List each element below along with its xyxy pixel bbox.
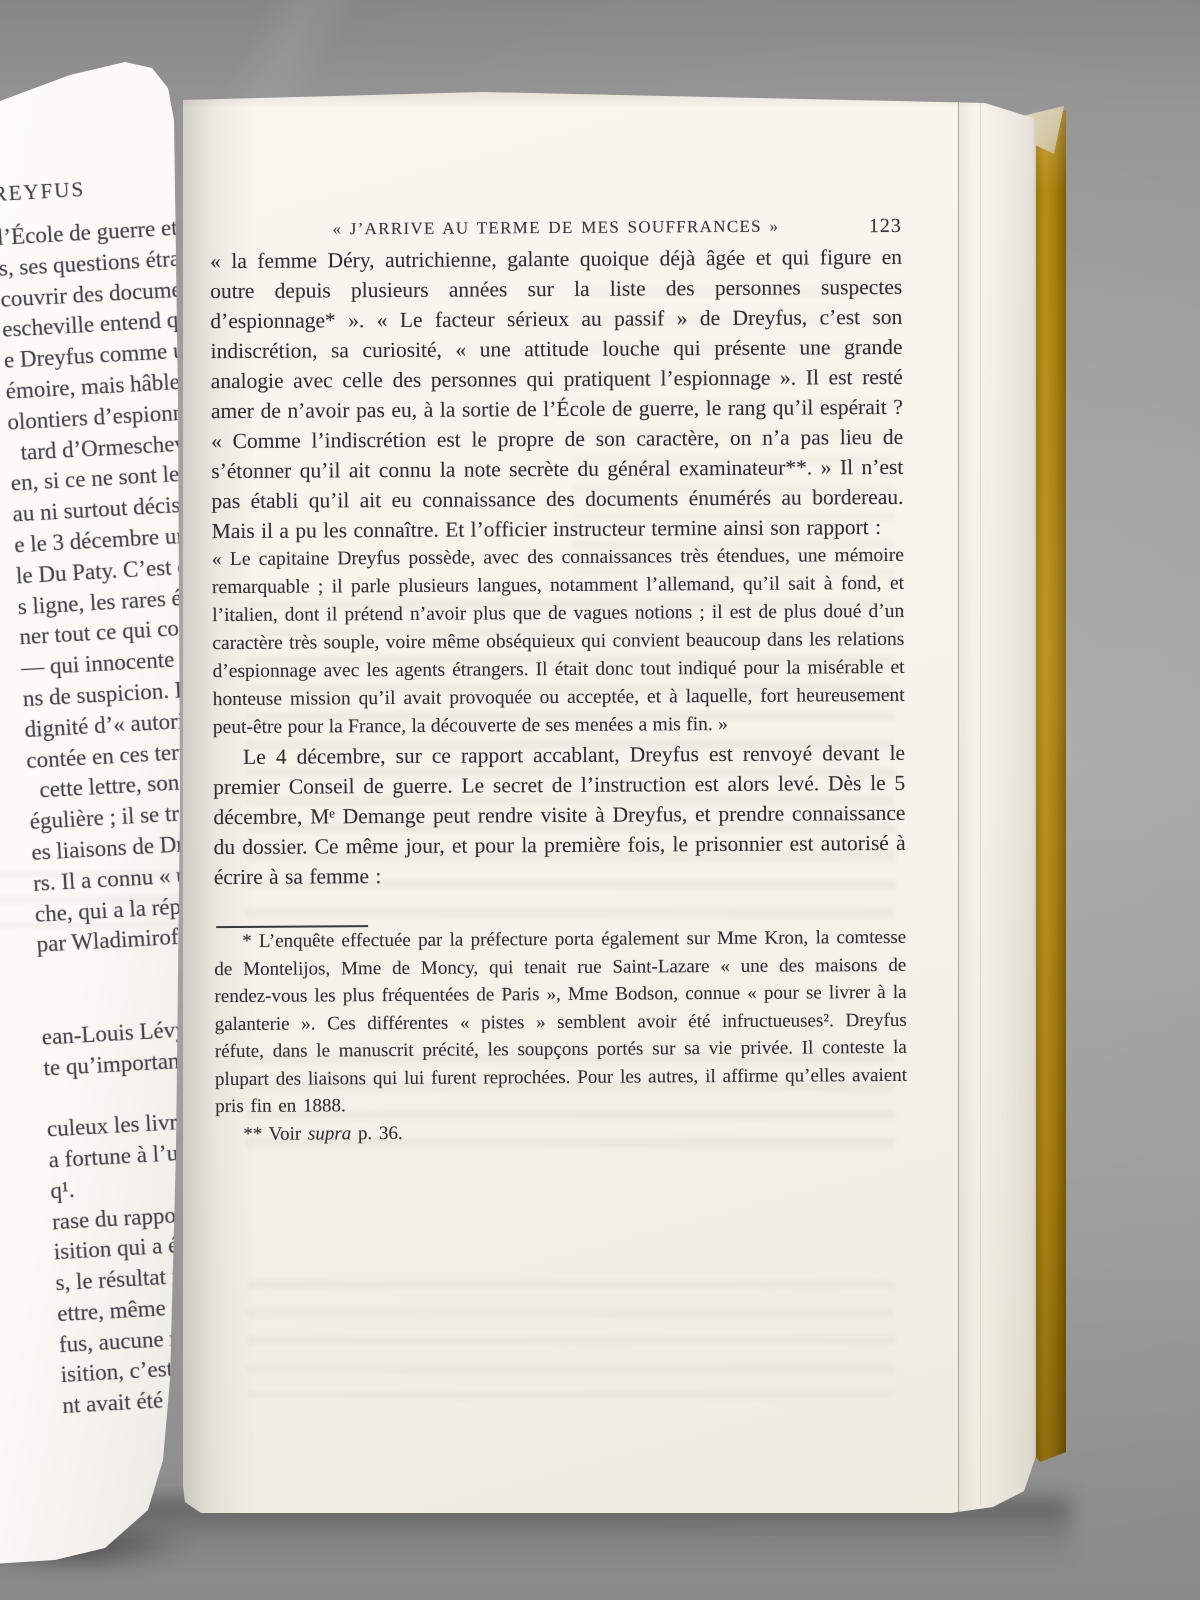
paragraph-2: Le 4 décembre, sur ce rapport accablant,… xyxy=(213,738,906,892)
book-photo: « J’ARRIVE AU TERME DE MES SOUFFRANCES »… xyxy=(0,0,1200,1600)
footnote-2-suffix: p. 36. xyxy=(351,1122,403,1143)
fore-edge-crease xyxy=(980,98,981,1505)
page-number: 123 xyxy=(869,215,902,238)
fore-edge xyxy=(958,92,1037,1513)
right-book-page: « J’ARRIVE AU TERME DE MES SOUFFRANCES »… xyxy=(183,92,1037,1513)
footnote-1: * L’enquête effectuée par la préfecture … xyxy=(214,924,907,1121)
paragraph-1: « la femme Déry, autrichienne, galante q… xyxy=(210,242,904,546)
left-book-page: REYFUS l’École de guerre et ds, ses ques… xyxy=(0,30,188,1566)
footnote-2-prefix: ** Voir xyxy=(243,1123,308,1144)
running-head: « J’ARRIVE AU TERME DE MES SOUFFRANCES » xyxy=(332,217,779,239)
block-quote: « Le capitaine Dreyfus possède, avec des… xyxy=(212,542,905,742)
running-head-row: « J’ARRIVE AU TERME DE MES SOUFFRANCES »… xyxy=(210,216,902,246)
right-page-text: « J’ARRIVE AU TERME DE MES SOUFFRANCES »… xyxy=(209,90,907,1148)
footnote-2-italic: supra xyxy=(308,1123,351,1144)
show-through-text xyxy=(247,1280,895,1398)
footnote-2: ** Voir supra p. 36. xyxy=(215,1116,907,1148)
